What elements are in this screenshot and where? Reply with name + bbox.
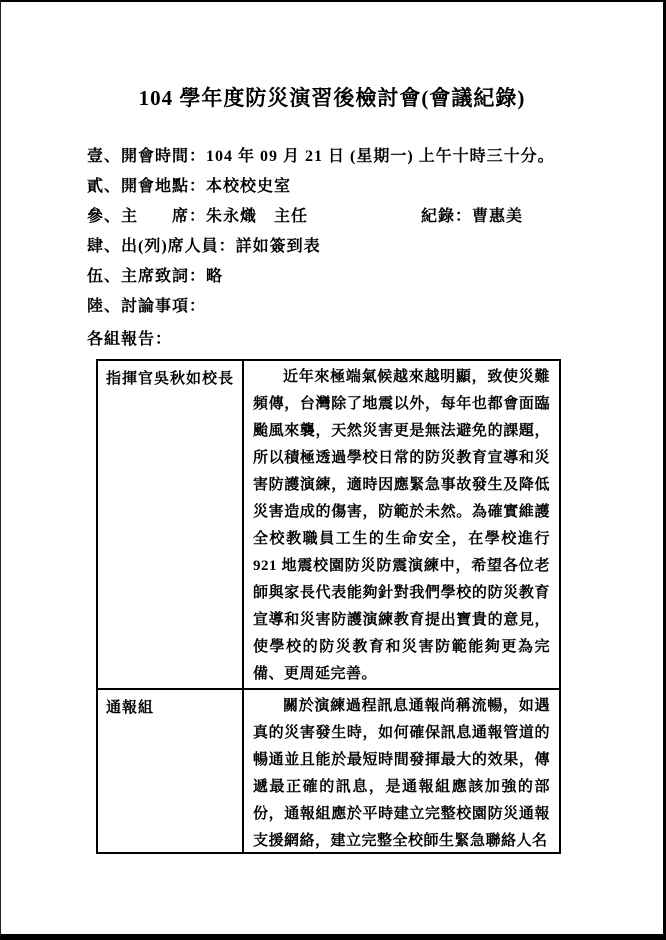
meeting-place-line: 貳、開會地點：本校校史室 — [87, 172, 643, 202]
meeting-chair-line: 參、主 席：朱永熾 主任 紀錄：曹惠美 — [87, 202, 643, 232]
group-reports-label: 各組報告： — [87, 330, 663, 350]
table-row: 通報組 關於演練過程訊息通報尚稱流暢，如遇真的災害發生時，如何確保訊息通報管道的… — [97, 689, 560, 853]
recorder-text: 紀錄：曹惠美 — [421, 202, 523, 232]
document-page: 104 學年度防災演習後檢討會(會議紀錄) 壹、開會時間：104 年 09 月 … — [0, 0, 666, 940]
speaker-cell: 指揮官吳秋如校長 — [97, 360, 243, 689]
content-cell: 近年來極端氣候越來越明顯，致使災難頻傳，台灣除了地震以外，每年也都會面臨颱風來襲… — [243, 360, 560, 689]
chair-text: 參、主 席：朱永熾 主任 — [87, 208, 308, 225]
chair-remarks-line: 伍、主席致詞：略 — [87, 262, 643, 292]
speaker-name: 通報組 — [106, 700, 154, 716]
table-row: 指揮官吳秋如校長 近年來極端氣候越來越明顯，致使災難頻傳，台灣除了地震以外，每年… — [97, 360, 560, 689]
report-text: 近年來極端氣候越來越明顯，致使災難頻傳，台灣除了地震以外，每年也都會面臨颱風來襲… — [253, 364, 550, 688]
speaker-name: 指揮官吳秋如校長 — [106, 371, 234, 387]
meeting-meta-block: 壹、開會時間：104 年 09 月 21 日 (星期一) 上午十時三十分。 貳、… — [87, 142, 643, 322]
report-text: 關於演練過程訊息通報尚稱流暢，如遇真的災害發生時，如何確保訊息通報管道的暢通並且… — [253, 693, 550, 852]
content-cell: 關於演練過程訊息通報尚稱流暢，如遇真的災害發生時，如何確保訊息通報管道的暢通並且… — [243, 689, 560, 853]
discussion-items-line: 陸、討論事項： — [87, 292, 643, 322]
document-title: 104 學年度防災演習後檢討會(會議紀錄) — [41, 84, 623, 112]
attendees-line: 肆、出(列)席人員：詳如簽到表 — [87, 232, 643, 262]
meeting-time-line: 壹、開會時間：104 年 09 月 21 日 (星期一) 上午十時三十分。 — [87, 142, 643, 172]
speaker-cell: 通報組 — [97, 689, 243, 853]
report-table: 指揮官吳秋如校長 近年來極端氣候越來越明顯，致使災難頻傳，台灣除了地震以外，每年… — [96, 359, 561, 854]
